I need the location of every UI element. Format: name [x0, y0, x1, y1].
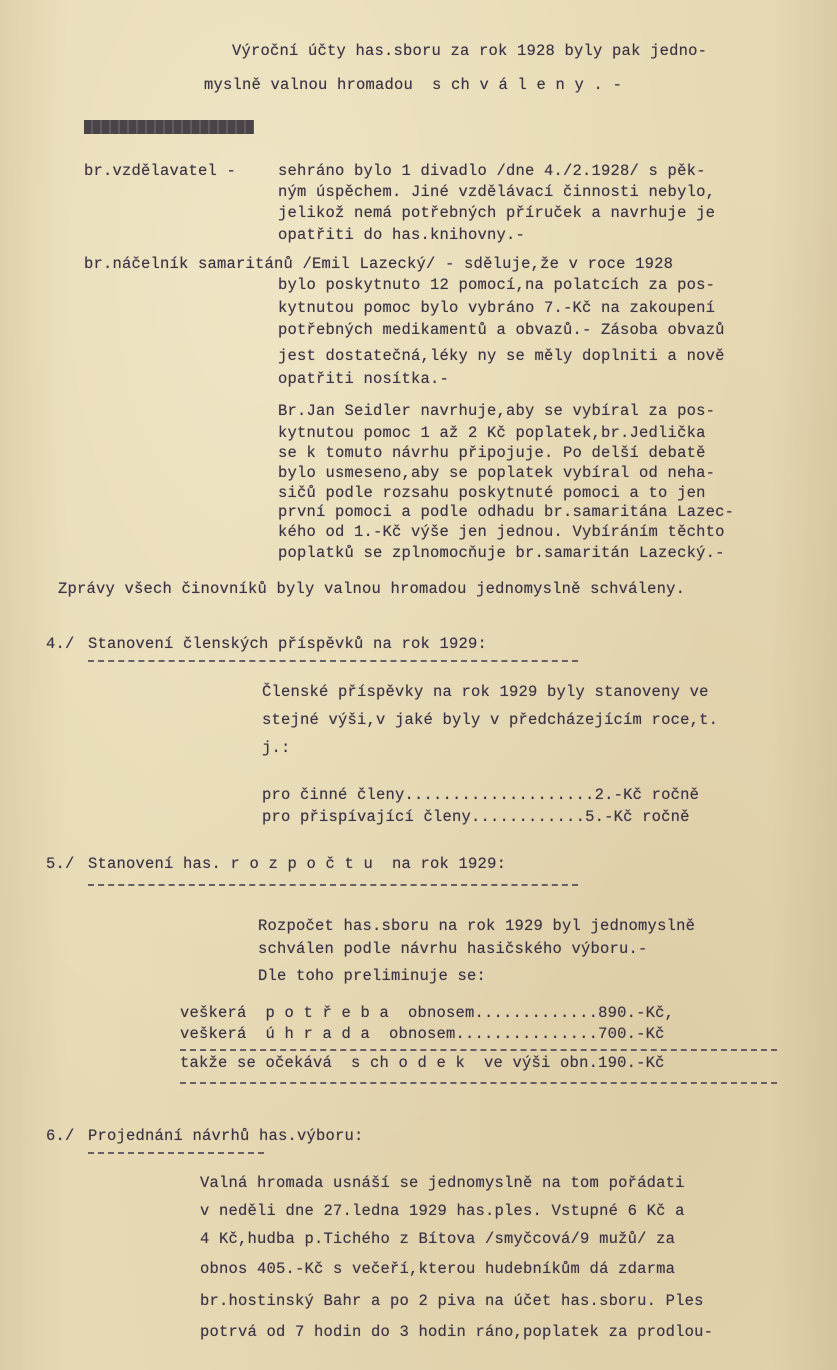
section-4-line: Členské příspěvky na rok 1929 byly stano… [262, 683, 709, 701]
section-6-number: 6./ [46, 1127, 75, 1145]
fee-row-supporting-members: pro přispívající členy............5.-Kč … [262, 808, 690, 826]
section-4-number: 4./ [46, 635, 75, 653]
report-line: opatřiti nosítka.- [278, 370, 449, 388]
fee-period: ročně [642, 808, 690, 826]
fee-label: pro činné členy [262, 786, 405, 804]
report-line: ným úspěchem. Jiné vzdělávací činnosti n… [278, 183, 715, 201]
report-line: bylo usmeseno,aby se poplatek vybíral od… [278, 464, 715, 482]
report-line: Br.Jan Seidler navrhuje,aby se vybíral z… [278, 402, 715, 420]
section-5-line: Dle toho preliminuje se: [258, 967, 486, 985]
budget-row-needs: veškerá p o t ř e b a obnosem...........… [180, 1004, 674, 1022]
report-label-vzdelavatel: br.vzdělavatel - [84, 162, 236, 180]
fee-period: ročně [652, 786, 700, 804]
section-6-line: Valná hromada usnáší se jednomyslně na t… [200, 1174, 685, 1192]
section-6-title: Projednání návrhů has.výboru: [88, 1127, 364, 1145]
section-4-title: Stanovení členských příspěvků na rok 192… [88, 635, 487, 653]
section-6-line: obnos 405.-Kč s večeří,kterou hudebníkům… [200, 1260, 675, 1278]
section-5-title: Stanovení has. r o z p o č t u na rok 19… [88, 855, 506, 873]
report-line: jest dostatečná,léky ny se měly doplniti… [278, 347, 725, 365]
fee-row-active-members: pro činné členy....................2.-Kč… [262, 786, 699, 804]
report-line: první pomoci a podle odhadu br.samaritán… [278, 503, 734, 521]
fee-label: pro přispívající členy [262, 808, 471, 826]
section-5-line: schválen podle návrhu hasičského výboru.… [258, 940, 648, 958]
section-6-line: potrvá od 7 hodin do 3 hodin ráno,poplat… [200, 1323, 713, 1341]
report-line: bylo poskytnuto 12 pomocí,na polatcích z… [278, 276, 715, 294]
section-4-underline [88, 660, 578, 662]
budget-deficit: takže se očekává s ch o d e k ve výši ob… [180, 1054, 665, 1072]
section-4-line: j.: [262, 739, 291, 757]
report-line: sehráno bylo 1 divadlo /dne 4./2.1928/ s… [278, 162, 706, 180]
report-line: potřebných medikamentů a obvazů.- Zásoba… [278, 321, 725, 339]
section-6-line: 4 Kč,hudba p.Tichého z Bítova /smyčcová/… [200, 1230, 675, 1248]
section-6-line: br.hostinský Bahr a po 2 piva na účet ha… [200, 1292, 704, 1310]
report-line: opatřiti do has.knihovny.- [278, 226, 525, 244]
budget-label: veškerá ú h r a d a obnosem [180, 1025, 456, 1043]
section-5-number: 5./ [46, 855, 75, 873]
intro-line-1: Výroční účty has.sboru za rok 1928 byly … [232, 42, 707, 60]
report-line: kytnutou pomoc 1 až 2 Kč poplatek,br.Jed… [278, 424, 706, 442]
report-line: sičů podle rozsahu poskytnuté pomoci a t… [278, 484, 706, 502]
report-line: kytnutou pomoc bylo vybráno 7.-Kč na zak… [278, 299, 715, 317]
section-6-line: v neděli dne 27.ledna 1929 has.ples. Vst… [200, 1202, 685, 1220]
report-line: jelikož nemá potřebných příruček a navrh… [278, 204, 715, 222]
budget-rule-bottom [180, 1082, 777, 1084]
fee-amount: 5.-Kč [585, 808, 633, 826]
fee-amount: 2.-Kč [595, 786, 643, 804]
budget-amount: 890.-Kč, [598, 1004, 674, 1022]
report-label-samaritani: br.náčelník samaritánů /Emil Lazecký/ - … [84, 255, 673, 273]
report-line: poplatků se zplnomocňuje br.samaritán La… [278, 544, 725, 562]
report-line: kého od 1.-Kč výše jen jednou. Vybíráním… [278, 523, 725, 541]
section-4-line: stejné výši,v jaké byly v předcházejícím… [262, 711, 718, 729]
struck-out-text [84, 120, 254, 134]
budget-amount: 700.-Kč [598, 1025, 665, 1043]
report-line: se k tomuto návrhu připojuje. Po delší d… [278, 444, 706, 462]
budget-label: veškerá p o t ř e b a obnosem [180, 1004, 475, 1022]
intro-line-2: myslně valnou hromadou s ch v á l e n y … [204, 76, 622, 94]
section-5-underline [88, 884, 578, 886]
typewritten-page: Výroční účty has.sboru za rok 1928 byly … [0, 0, 837, 1370]
budget-row-coverage: veškerá ú h r a d a obnosem.............… [180, 1025, 665, 1043]
budget-rule [180, 1049, 777, 1051]
reports-approved: Zprávy všech činovníků byly valnou hroma… [58, 580, 685, 598]
section-5-line: Rozpočet has.sboru na rok 1929 byl jedno… [258, 917, 695, 935]
section-6-underline [88, 1152, 264, 1154]
